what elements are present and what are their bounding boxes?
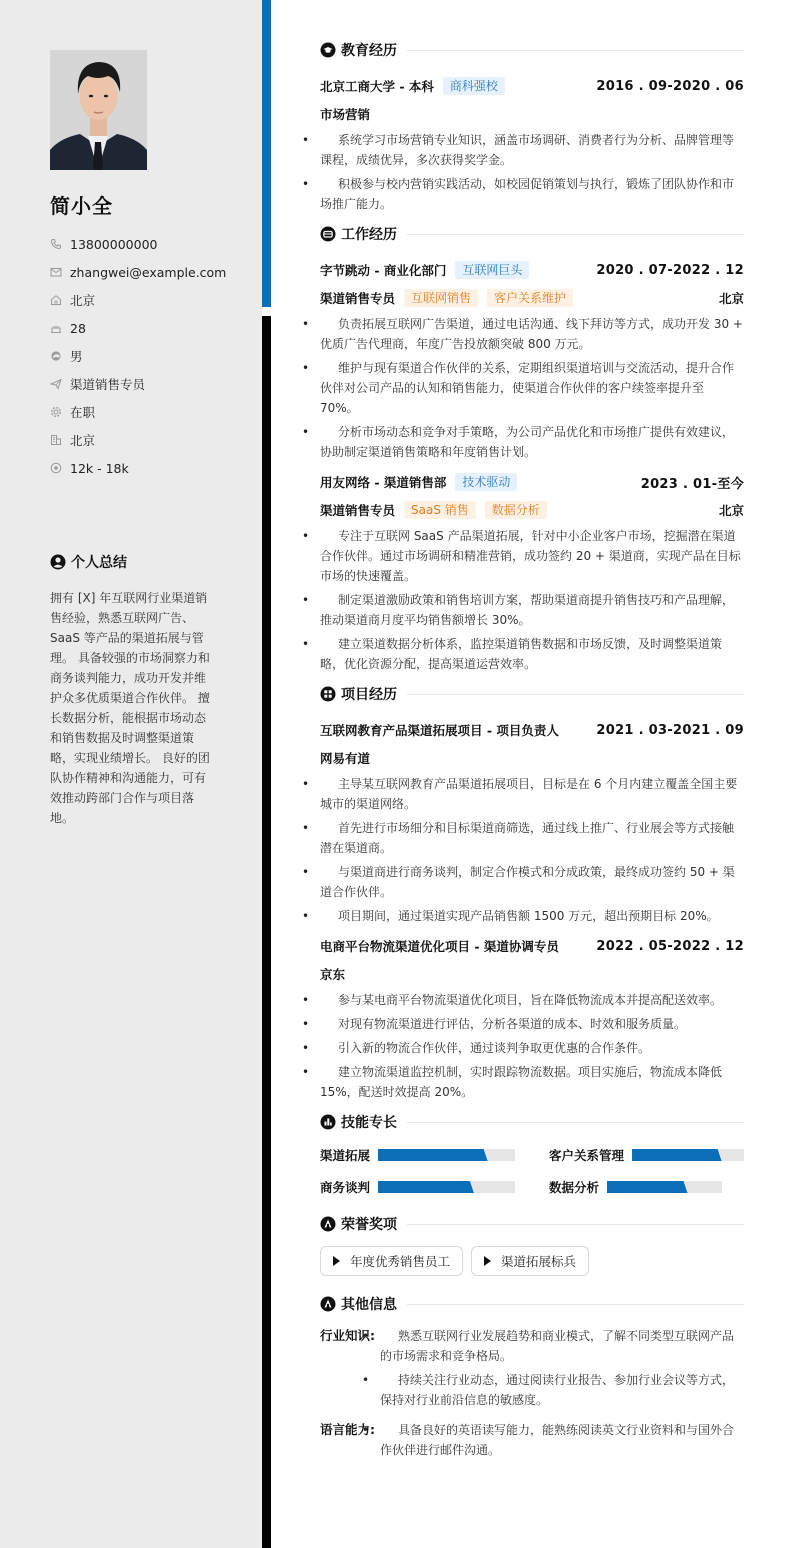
skill-track <box>607 1181 722 1193</box>
skills-section: 技能专长 渠道拓展 客户关系管理 商务谈判 数据分析 <box>320 1110 744 1198</box>
skills-heading: 技能专长 <box>320 1110 744 1134</box>
mail-icon <box>50 266 62 278</box>
other-bullets: 熟悉互联网行业发展趋势和商业模式，了解不同类型互联网产品的市场需求和竞争格局。 … <box>380 1326 744 1414</box>
skill-track <box>378 1181 515 1193</box>
award-badge: 年度优秀销售员工 <box>320 1246 463 1276</box>
education-date: 2016 . 09-2020 . 06 <box>596 79 744 94</box>
bullet-item: 建立物流渠道监控机制，实时跟踪物流数据。项目实施后，物流成本降低 15%，配送时… <box>320 1062 744 1102</box>
main-content: 教育经历 北京工商大学 - 本科 商科强校 2016 . 09-2020 . 0… <box>320 38 744 1472</box>
education-heading: 教育经历 <box>320 38 744 62</box>
status-value: 在职 <box>70 403 95 421</box>
profile-photo <box>50 50 147 170</box>
work-title: 工作经历 <box>341 224 397 244</box>
bullet-item: 专注于互联网 SaaS 产品渠道拓展，针对中小企业客户市场，挖掘潜在渠道合作伙伴… <box>320 526 744 586</box>
age-icon <box>50 322 62 334</box>
play-triangle-icon <box>333 1256 340 1266</box>
award-label: 年度优秀销售员工 <box>350 1252 450 1270</box>
job-role: 渠道销售专员 <box>320 289 395 307</box>
work-entry: 字节跳动 - 商业化部门 互联网巨头 2020 . 07-2022 . 12 渠… <box>320 256 744 462</box>
contact-gender: 男 <box>50 342 250 370</box>
bullet-item: 与渠道商进行商务谈判，制定合作模式和分成政策，最终成功签约 50 + 渠道合作伙… <box>320 862 744 902</box>
bullet-item: 对现有物流渠道进行评估，分析各渠道的成本、时效和服务质量。 <box>320 1014 744 1034</box>
bullet-item: 具备良好的英语读写能力，能熟练阅读英文行业资料和与国外合作伙伴进行邮件沟通。 <box>380 1420 744 1460</box>
work-date: 2020 . 07-2022 . 12 <box>596 263 744 278</box>
bullet-item: 制定渠道激励政策和销售培训方案，帮助渠道商提升销售技巧和产品理解，推动渠道商月度… <box>320 590 744 630</box>
home-icon <box>50 294 62 306</box>
contact-job: 渠道销售专员 <box>50 370 250 398</box>
skill-fill <box>632 1149 722 1161</box>
divider <box>407 234 744 235</box>
contact-age: 28 <box>50 314 250 342</box>
summary-title: 个人总结 <box>71 552 127 572</box>
company-tag: 互联网巨头 <box>455 261 529 279</box>
skill-item: 商务谈判 <box>320 1176 515 1198</box>
skill-item: 数据分析 <box>549 1176 722 1198</box>
skill-name: 客户关系管理 <box>549 1146 624 1164</box>
summary-heading: 个人总结 <box>50 552 127 572</box>
awards-title: 荣誉奖项 <box>341 1214 397 1234</box>
role-tag: 互联网销售 <box>404 289 478 307</box>
city-icon <box>50 434 62 446</box>
briefcase-icon <box>320 226 336 242</box>
skill-name: 数据分析 <box>549 1178 599 1196</box>
other-bullets: 具备良好的英语读写能力，能熟练阅读英文行业资料和与国外合作伙伴进行邮件沟通。 <box>380 1420 744 1464</box>
award-icon <box>320 1216 336 1232</box>
bullet-item: 负责拓展互联网广告渠道，通过电话沟通、线下拜访等方式，成功开发 30 + 优质广… <box>320 314 744 354</box>
school-name: 北京工商大学 - 本科 <box>320 77 434 95</box>
other-section: 其他信息 行业知识: 熟悉互联网行业发展趋势和商业模式，了解不同类型互联网产品的… <box>320 1292 744 1464</box>
bullet-item: 项目期间，通过渠道实现产品销售额 1500 万元，超出预期目标 20%。 <box>320 906 744 926</box>
bullet-item: 建立渠道数据分析体系，监控渠道销售数据和市场反馈，及时调整渠道策略，优化资源分配… <box>320 634 744 674</box>
project-org: 网易有道 <box>320 749 370 767</box>
info-icon <box>320 1296 336 1312</box>
bullet-item: 维护与现有渠道合作伙伴的关系，定期组织渠道培训与交流活动，提升合作伙伴对公司产品… <box>320 358 744 418</box>
sidebar: 简小全 13800000000 zhangwei@example.com 北京 … <box>0 0 262 1548</box>
bullet-item: 首先进行市场细分和目标渠道商筛选，通过线上推广、行业展会等方式接触潜在渠道商。 <box>320 818 744 858</box>
other-title: 其他信息 <box>341 1294 397 1314</box>
skill-track <box>378 1149 515 1161</box>
contact-city: 北京 <box>50 426 250 454</box>
work-bullets: 负责拓展互联网广告渠道，通过电话沟通、线下拜访等方式，成功开发 30 + 优质广… <box>320 314 744 462</box>
education-bullets: 系统学习市场营销专业知识，涵盖市场调研、消费者行为分析、品牌管理等课程，成绩优异… <box>320 130 744 214</box>
contact-phone: 13800000000 <box>50 230 250 258</box>
project-name: 互联网教育产品渠道拓展项目 - 项目负责人 <box>320 721 559 739</box>
summary-text: 拥有 [X] 年互联网行业渠道销售经验，熟悉互联网广告、SaaS 等产品的渠道拓… <box>50 588 212 828</box>
contact-salary: 12k - 18k <box>50 454 250 482</box>
other-heading: 其他信息 <box>320 1292 744 1316</box>
bullet-item: 参与某电商平台物流渠道优化项目，旨在降低物流成本并提高配送效率。 <box>320 990 744 1010</box>
awards-heading: 荣誉奖项 <box>320 1212 744 1236</box>
skills-title: 技能专长 <box>341 1112 397 1132</box>
user-icon <box>50 554 66 570</box>
skill-fill <box>607 1181 687 1193</box>
contact-status: 在职 <box>50 398 250 426</box>
bullet-item: 引入新的物流合作伙伴，通过谈判争取更优惠的合作条件。 <box>320 1038 744 1058</box>
education-section: 教育经历 北京工商大学 - 本科 商科强校 2016 . 09-2020 . 0… <box>320 38 744 214</box>
projects-section: 项目经历 互联网教育产品渠道拓展项目 - 项目负责人 2021 . 03-202… <box>320 682 744 1102</box>
job-value: 渠道销售专员 <box>70 375 145 393</box>
contact-home: 北京 <box>50 286 250 314</box>
bullet-item: 分析市场动态和竞争对手策略，为公司产品优化和市场推广提供有效建议，协助制定渠道销… <box>320 422 744 462</box>
candidate-name: 简小全 <box>50 190 113 219</box>
phone-value: 13800000000 <box>70 237 157 252</box>
grid-icon <box>320 686 336 702</box>
education-entry: 北京工商大学 - 本科 商科强校 2016 . 09-2020 . 06 市场营… <box>320 72 744 214</box>
job-icon <box>50 378 62 390</box>
project-bullets: 主导某互联网教育产品渠道拓展项目，目标是在 6 个月内建立覆盖全国主要城市的渠道… <box>320 774 744 926</box>
bar-chart-icon <box>320 1114 336 1130</box>
age-value: 28 <box>70 321 86 336</box>
projects-title: 项目经历 <box>341 684 397 704</box>
skills-grid: 渠道拓展 客户关系管理 商务谈判 数据分析 <box>320 1144 744 1198</box>
role-tag: 数据分析 <box>485 501 547 519</box>
work-entry: 用友网络 - 渠道销售部 技术驱动 2023 . 01-至今 渠道销售专员 Sa… <box>320 468 744 674</box>
award-badge: 渠道拓展标兵 <box>471 1246 589 1276</box>
project-entry: 互联网教育产品渠道拓展项目 - 项目负责人 2021 . 03-2021 . 0… <box>320 716 744 926</box>
graduation-cap-icon <box>320 42 336 58</box>
gender-icon <box>50 350 62 362</box>
work-heading: 工作经历 <box>320 222 744 246</box>
skill-fill <box>378 1149 488 1161</box>
education-title: 教育经历 <box>341 40 397 60</box>
work-bullets: 专注于互联网 SaaS 产品渠道拓展，针对中小企业客户市场，挖掘潜在渠道合作伙伴… <box>320 526 744 674</box>
skill-track <box>632 1149 744 1161</box>
project-bullets: 参与某电商平台物流渠道优化项目，旨在降低物流成本并提高配送效率。 对现有物流渠道… <box>320 990 744 1102</box>
phone-icon <box>50 238 62 250</box>
award-label: 渠道拓展标兵 <box>501 1252 576 1270</box>
skill-name: 渠道拓展 <box>320 1146 370 1164</box>
project-org: 京东 <box>320 965 345 983</box>
project-date: 2022 . 05-2022 . 12 <box>596 939 744 954</box>
salary-icon <box>50 462 62 474</box>
status-icon <box>50 406 62 418</box>
company-name: 字节跳动 - 商业化部门 <box>320 261 446 279</box>
awards-list: 年度优秀销售员工 渠道拓展标兵 <box>320 1246 744 1276</box>
project-entry: 电商平台物流渠道优化项目 - 渠道协调专员 2022 . 05-2022 . 1… <box>320 932 744 1102</box>
other-item: 行业知识: 熟悉互联网行业发展趋势和商业模式，了解不同类型互联网产品的市场需求和… <box>320 1326 744 1414</box>
divider <box>407 1122 744 1123</box>
major: 市场营销 <box>320 105 370 123</box>
work-section: 工作经历 字节跳动 - 商业化部门 互联网巨头 2020 . 07-2022 .… <box>320 222 744 674</box>
role-tag: 客户关系维护 <box>487 289 573 307</box>
project-date: 2021 . 03-2021 . 09 <box>596 723 744 738</box>
bullet-item: 持续关注行业动态，通过阅读行业报告、参加行业会议等方式，保持对行业前沿信息的敏感… <box>380 1370 744 1410</box>
email-value: zhangwei@example.com <box>70 265 226 280</box>
company-name: 用友网络 - 渠道销售部 <box>320 473 446 491</box>
work-location: 北京 <box>719 501 744 519</box>
city-value: 北京 <box>70 431 95 449</box>
work-location: 北京 <box>719 289 744 307</box>
bullet-item: 系统学习市场营销专业知识，涵盖市场调研、消费者行为分析、品牌管理等课程，成绩优异… <box>320 130 744 170</box>
awards-section: 荣誉奖项 年度优秀销售员工 渠道拓展标兵 <box>320 1212 744 1276</box>
job-role: 渠道销售专员 <box>320 501 395 519</box>
home-value: 北京 <box>70 291 95 309</box>
play-triangle-icon <box>484 1256 491 1266</box>
role-tag: SaaS 销售 <box>404 501 476 519</box>
skill-item: 渠道拓展 <box>320 1144 515 1166</box>
skill-name: 商务谈判 <box>320 1178 370 1196</box>
divider <box>407 50 744 51</box>
work-date: 2023 . 01-至今 <box>641 473 744 492</box>
contact-email: zhangwei@example.com <box>50 258 250 286</box>
company-tag: 技术驱动 <box>455 473 517 491</box>
bullet-item: 主导某互联网教育产品渠道拓展项目，目标是在 6 个月内建立覆盖全国主要城市的渠道… <box>320 774 744 814</box>
skill-item: 客户关系管理 <box>549 1144 744 1166</box>
other-item: 语言能力: 具备良好的英语读写能力，能熟练阅读英文行业资料和与国外合作伙伴进行邮… <box>320 1420 744 1464</box>
bullet-item: 熟悉互联网行业发展趋势和商业模式，了解不同类型互联网产品的市场需求和竞争格局。 <box>380 1326 744 1366</box>
skill-fill <box>378 1181 474 1193</box>
salary-value: 12k - 18k <box>70 461 129 476</box>
projects-heading: 项目经历 <box>320 682 744 706</box>
accent-bar-black <box>262 316 271 1548</box>
contact-list: 13800000000 zhangwei@example.com 北京 28 男… <box>50 230 250 482</box>
project-name: 电商平台物流渠道优化项目 - 渠道协调专员 <box>320 937 559 955</box>
bullet-item: 积极参与校内营销实践活动，如校园促销策划与执行，锻炼了团队协作和市场推广能力。 <box>320 174 744 214</box>
divider <box>407 1304 744 1305</box>
divider <box>407 694 744 695</box>
school-tag: 商科强校 <box>443 77 505 95</box>
divider <box>407 1224 744 1225</box>
gender-value: 男 <box>70 347 83 365</box>
accent-bar-blue <box>262 0 271 307</box>
